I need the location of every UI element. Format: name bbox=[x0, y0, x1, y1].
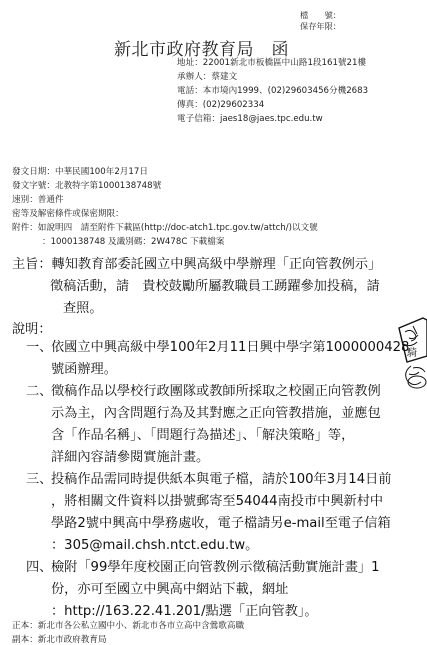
item-line: ：http://163.22.41.201/點選「正向管教」。 bbox=[51, 601, 318, 623]
item-line: 檢附「99學年度校園正向管教例示徵稿活動實施計畫」1 bbox=[51, 557, 379, 579]
attachment-line-2: ：1000138748 及識別碼：2W478C 下載檔案 bbox=[42, 237, 224, 248]
retention-period-label: 保存年限： bbox=[300, 21, 341, 31]
subject-line-3: 查照。 bbox=[63, 298, 103, 320]
email: 電子信箱：jaes18@jaes.tpc.edu.tw bbox=[177, 114, 323, 125]
subject-line-1: 主旨：轉知教育部委託國立中興高級中學辦理「正向管教例示」 bbox=[12, 254, 381, 276]
secrecy-level: 密等及解密條件或保密期限： bbox=[12, 209, 124, 220]
item-line: 學路2號中興高中學務處收，電子檔請另e-mail至電子信箱 bbox=[51, 513, 391, 535]
item-line: 份，亦可至國立中興高中網站下載，網址 bbox=[51, 579, 288, 601]
item-line: ，將相關文件資料以掛號郵寄至54044南投市中興新村中 bbox=[51, 491, 383, 513]
original-recipients: 正本：新北市各公私立國中小、新北市各市立高中含鶯歌高職 bbox=[12, 621, 244, 632]
item-line: 含「作品名稱」、「問題行為描述」、「解決策略」等， bbox=[51, 425, 354, 447]
contact-person: 承辦人：蔡建文 bbox=[177, 72, 237, 83]
official-seal-stamp-icon: 騎 bbox=[393, 316, 427, 391]
item-line: 示為主，內含問題行為及其對應之正向管教措施，並應包 bbox=[51, 403, 381, 425]
file-number-label: 檔 號： bbox=[300, 10, 341, 20]
item-marker: 三、 bbox=[26, 469, 52, 491]
document-number: 發文字號：北教特字第1000138748號 bbox=[12, 181, 161, 192]
attachment-line-1: 附件：如說明四 請至附件下載區(http://doc-atch1.tpc.gov… bbox=[12, 223, 318, 234]
item-line: 依國立中興高級中學100年2月11日興中學字第1000000428 bbox=[51, 337, 409, 359]
phone: 電話：本市境內1999、(02)29603456分機2683 bbox=[177, 86, 368, 97]
subject-line-2: 徵稿活動，請 貴校鼓勵所屬教職員工踴躍參加投稿，請 bbox=[50, 276, 380, 298]
item-marker: 一、 bbox=[26, 337, 52, 359]
fax: 傳真：(02)29602334 bbox=[177, 100, 264, 111]
item-line: 投稿作品需同時提供紙本與電子檔，請於100年3月14日前 bbox=[51, 469, 391, 491]
item-line: 詳細內容請參閱實施計畫。 bbox=[51, 447, 209, 469]
copy-recipients: 副本：新北市政府教育局 bbox=[12, 635, 107, 645]
seal-character: 騎 bbox=[406, 346, 417, 359]
item-line: 徵稿作品以學校行政團隊或教師所採取之校園正向管教例 bbox=[51, 381, 381, 403]
item-marker: 二、 bbox=[26, 381, 52, 403]
item-line: ：305@mail.chsh.ntct.edu.tw。 bbox=[51, 535, 258, 557]
document-title: 新北市政府教育局 函 bbox=[114, 35, 289, 60]
address: 地址：22001新北市板橋區中山路1段161號21樓 bbox=[177, 58, 366, 69]
item-marker: 四、 bbox=[26, 557, 52, 579]
item-line: 號函辦理。 bbox=[51, 359, 117, 381]
delivery-speed: 速別：普通件 bbox=[12, 195, 64, 206]
issue-date: 發文日期：中華民國100年2月17日 bbox=[12, 167, 148, 178]
